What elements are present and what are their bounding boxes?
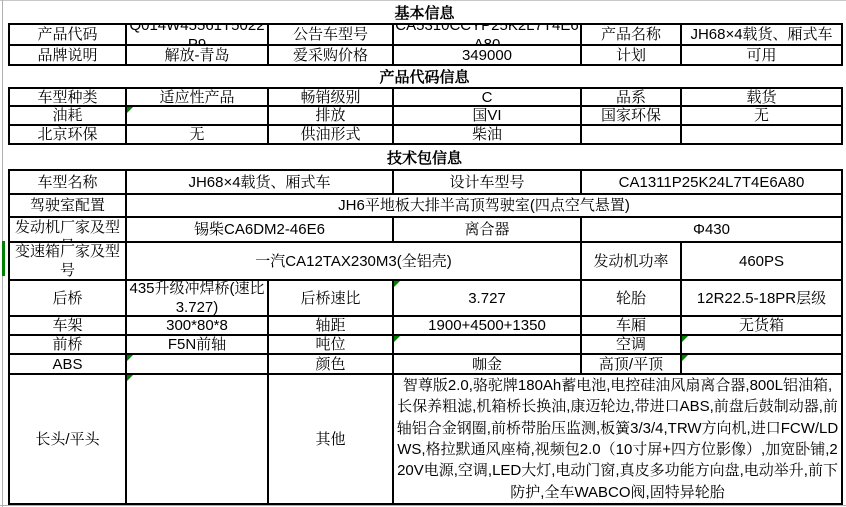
cell-text: 轮胎 xyxy=(582,281,680,315)
cell-text: 车架 xyxy=(10,317,125,334)
cell-text: JH68×4载货、厢式车 xyxy=(682,25,841,44)
cell-text: 车型种类 xyxy=(10,89,125,105)
label-cell[interactable]: 发动机功率 xyxy=(581,242,681,280)
cell-text: 无 xyxy=(682,107,841,124)
label-cell[interactable]: 其他 xyxy=(268,374,393,504)
cell-text: 300*80*8 xyxy=(127,317,267,334)
value-cell[interactable]: 435升级冲焊桥(速比3.727) xyxy=(126,280,268,316)
label-cell[interactable]: 后桥 xyxy=(9,280,126,316)
cell-text: 无 xyxy=(127,126,267,143)
cell-text: 供油形式 xyxy=(269,126,392,143)
cell-text: 后桥速比 xyxy=(269,281,392,315)
error-indicator-icon xyxy=(127,355,133,361)
label-cell[interactable]: 吨位 xyxy=(268,335,393,354)
cell-text: 产品代码 xyxy=(10,25,125,44)
cell-text: 后桥 xyxy=(10,281,125,315)
table-row: 长头/平头其他智尊版2.0,骆驼牌180Ah蓄电池,电控硅油风扇离合器,800L… xyxy=(9,374,842,504)
error-indicator-icon xyxy=(394,336,400,342)
value-cell[interactable]: JH68×4载货、厢式车 xyxy=(681,24,842,45)
value-cell[interactable]: 载货 xyxy=(681,88,842,106)
cell-text: 载货 xyxy=(682,89,841,105)
value-cell[interactable]: 适应性产品 xyxy=(126,88,268,106)
cell-text xyxy=(127,107,267,124)
cell-text: 品系 xyxy=(582,89,680,105)
cell-text: 1900+4500+1350 xyxy=(394,317,580,334)
section-table: 车型种类适应性产品畅销级别C品系载货油耗排放国VI国家环保无北京环保无供油形式柴… xyxy=(8,87,843,145)
table-row: 产品代码Q014W45561T5022P9公告车型号CA5310CCYP25K2… xyxy=(9,24,842,45)
cell-text: 460PS xyxy=(682,243,841,279)
value-cell[interactable]: F5N前轴 xyxy=(126,335,268,354)
cell-text: F5N前轴 xyxy=(127,336,267,353)
cell-text: 智尊版2.0,骆驼牌180Ah蓄电池,电控硅油风扇离合器,800L铝油箱,长保养… xyxy=(394,375,841,503)
value-cell[interactable]: JH68×4载货、厢式车 xyxy=(126,170,393,194)
label-cell[interactable]: 车架 xyxy=(9,316,126,335)
cell-text: 计划 xyxy=(582,46,680,64)
label-cell[interactable]: 长头/平头 xyxy=(9,374,126,504)
cell-text: 发动机功率 xyxy=(582,243,680,279)
error-indicator-icon xyxy=(127,107,133,113)
label-cell[interactable]: 发动机厂家及型号 xyxy=(9,217,126,242)
error-indicator-icon xyxy=(682,336,688,342)
cell-text: 车型名称 xyxy=(10,171,125,193)
label-cell[interactable]: 车厢 xyxy=(581,316,681,335)
value-cell[interactable]: 12R22.5-18PR层级 xyxy=(681,280,842,316)
cell-text xyxy=(682,355,841,373)
cell-text: 车厢 xyxy=(582,317,680,334)
label-cell[interactable]: 畅销级别 xyxy=(268,88,393,106)
label-cell[interactable]: 驾驶室配置 xyxy=(9,194,126,217)
cell-text: 品牌说明 xyxy=(10,46,125,64)
cell-text: 国家环保 xyxy=(582,107,680,124)
value-cell[interactable] xyxy=(681,335,842,354)
cell-text: 颜色 xyxy=(269,355,392,373)
value-cell[interactable]: 柴油 xyxy=(393,125,581,144)
value-cell[interactable]: 无 xyxy=(126,125,268,144)
section-table: 车型名称JH68×4载货、厢式车设计车型号CA1311P25K24L7T4E6A… xyxy=(8,169,843,505)
section-title[interactable]: 技术包信息 xyxy=(8,145,841,169)
table-row: 油耗排放国VI国家环保无 xyxy=(9,106,842,125)
table-row: 变速箱厂家及型号一汽CA12TAX230M3(全铝壳)发动机功率460PS xyxy=(9,242,842,280)
label-cell[interactable]: 变速箱厂家及型号 xyxy=(9,242,126,280)
cell-text: 解放-青岛 xyxy=(127,46,267,64)
value-cell[interactable]: 国VI xyxy=(393,106,581,125)
cell-text: 一汽CA12TAX230M3(全铝壳) xyxy=(127,243,580,279)
value-cell[interactable]: 无货箱 xyxy=(681,316,842,335)
value-cell[interactable]: C xyxy=(393,88,581,106)
label-cell[interactable]: 后桥速比 xyxy=(268,280,393,316)
label-cell[interactable]: 品牌说明 xyxy=(9,45,126,65)
label-cell[interactable]: 北京环保 xyxy=(9,125,126,144)
value-cell[interactable] xyxy=(681,354,842,374)
cell-text: 畅销级别 xyxy=(269,89,392,105)
section-table: 产品代码Q014W45561T5022P9公告车型号CA5310CCYP25K2… xyxy=(8,23,843,66)
cell-text xyxy=(127,355,267,373)
cell-text: 3.727 xyxy=(394,281,580,315)
cell-text: 349000 xyxy=(394,46,580,64)
table-row: 驾驶室配置JH6平地板大排半高顶驾驶室(四点空气悬置) xyxy=(9,194,842,217)
cell-text: 公告车型号 xyxy=(269,25,392,44)
cell-text: 产品名称 xyxy=(582,25,680,44)
cell-text: 发动机厂家及型号 xyxy=(10,218,125,241)
value-cell[interactable]: CA1311P25K24L7T4E6A80 xyxy=(581,170,842,194)
label-cell[interactable]: 离合器 xyxy=(393,217,581,242)
value-cell[interactable]: 可用 xyxy=(681,45,842,65)
value-cell[interactable]: 一汽CA12TAX230M3(全铝壳) xyxy=(126,242,581,280)
table-row: 车型名称JH68×4载货、厢式车设计车型号CA1311P25K24L7T4E6A… xyxy=(9,170,842,194)
section-title[interactable]: 产品代码信息 xyxy=(8,66,841,87)
value-cell[interactable]: 锡柴CA6DM2-46E6 xyxy=(126,217,393,242)
table-row: 车型种类适应性产品畅销级别C品系载货 xyxy=(9,88,842,106)
value-cell[interactable] xyxy=(393,335,581,354)
cell-text xyxy=(682,336,841,353)
label-cell[interactable]: 颜色 xyxy=(268,354,393,374)
label-cell[interactable]: 计划 xyxy=(581,45,681,65)
cell-text: Q014W45561T5022P9 xyxy=(127,25,267,44)
cell-text: 变速箱厂家及型号 xyxy=(10,243,125,279)
error-indicator-icon xyxy=(682,355,688,361)
cell-text: 咖金 xyxy=(394,355,580,373)
row-indicator xyxy=(2,241,5,276)
cell-text: 其他 xyxy=(269,375,392,503)
cell-text: 柴油 xyxy=(394,126,580,143)
cell-text: 12R22.5-18PR层级 xyxy=(682,281,841,315)
error-indicator-icon xyxy=(394,281,400,287)
label-cell[interactable]: 轴距 xyxy=(268,316,393,335)
label-cell[interactable]: 排放 xyxy=(268,106,393,125)
cell-text xyxy=(394,336,580,353)
cell-text: 北京环保 xyxy=(10,126,125,143)
error-indicator-icon xyxy=(127,375,133,381)
value-cell[interactable]: 无 xyxy=(681,106,842,125)
label-cell[interactable] xyxy=(581,125,681,144)
label-cell[interactable]: 产品名称 xyxy=(581,24,681,45)
value-cell[interactable]: 咖金 xyxy=(393,354,581,374)
cell-text: JH68×4载货、厢式车 xyxy=(127,171,392,193)
cell-text: 国VI xyxy=(394,107,580,124)
cell-text: 轴距 xyxy=(269,317,392,334)
value-cell[interactable]: Q014W45561T5022P9 xyxy=(126,24,268,45)
value-cell[interactable] xyxy=(126,374,268,504)
cell-text: 高顶/平顶 xyxy=(582,355,680,373)
table-row: 发动机厂家及型号锡柴CA6DM2-46E6离合器Φ430 xyxy=(9,217,842,242)
value-cell[interactable]: 349000 xyxy=(393,45,581,65)
cell-text: 吨位 xyxy=(269,336,392,353)
label-cell[interactable]: 车型名称 xyxy=(9,170,126,194)
cell-text: 爱采购价格 xyxy=(269,46,392,64)
table-row: ABS颜色咖金高顶/平顶 xyxy=(9,354,842,374)
value-cell[interactable] xyxy=(126,354,268,374)
label-cell[interactable]: 产品代码 xyxy=(9,24,126,45)
cell-text: 长头/平头 xyxy=(10,375,125,503)
cell-text: JH6平地板大排半高顶驾驶室(四点空气悬置) xyxy=(127,195,841,216)
cell-text: 设计车型号 xyxy=(394,171,580,193)
cell-text: 可用 xyxy=(682,46,841,64)
value-cell[interactable]: CA5310CCYP25K2L7T4E6A80 xyxy=(393,24,581,45)
cell-text: Φ430 xyxy=(582,218,841,241)
value-cell[interactable]: 解放-青岛 xyxy=(126,45,268,65)
label-cell[interactable]: 轮胎 xyxy=(581,280,681,316)
vehicle-spec-sheet: 基本信息产品代码Q014W45561T5022P9公告车型号CA5310CCYP… xyxy=(0,0,846,507)
table-row: 后桥435升级冲焊桥(速比3.727)后桥速比3.727轮胎12R22.5-18… xyxy=(9,280,842,316)
cell-text: 适应性产品 xyxy=(127,89,267,105)
cell-text xyxy=(127,375,267,503)
value-cell[interactable] xyxy=(681,125,842,144)
sheet-gridline-bottom xyxy=(0,505,846,506)
label-cell[interactable]: 油耗 xyxy=(9,106,126,125)
value-cell[interactable] xyxy=(126,106,268,125)
label-cell[interactable]: 空调 xyxy=(581,335,681,354)
section-title[interactable]: 基本信息 xyxy=(8,1,841,23)
cell-text: 驾驶室配置 xyxy=(10,195,125,216)
value-cell[interactable]: 460PS xyxy=(681,242,842,280)
value-cell[interactable]: JH6平地板大排半高顶驾驶室(四点空气悬置) xyxy=(126,194,842,217)
table-row: 前桥F5N前轴吨位空调 xyxy=(9,335,842,354)
table-row: 品牌说明解放-青岛爱采购价格349000计划可用 xyxy=(9,45,842,65)
cell-text: ABS xyxy=(10,355,125,373)
label-cell[interactable]: 高顶/平顶 xyxy=(581,354,681,374)
label-cell[interactable]: 爱采购价格 xyxy=(268,45,393,65)
label-cell[interactable]: 供油形式 xyxy=(268,125,393,144)
cell-text xyxy=(582,126,680,143)
cell-text: 无货箱 xyxy=(682,317,841,334)
label-cell[interactable]: 国家环保 xyxy=(581,106,681,125)
value-cell[interactable]: 智尊版2.0,骆驼牌180Ah蓄电池,电控硅油风扇离合器,800L铝油箱,长保养… xyxy=(393,374,842,504)
label-cell[interactable]: ABS xyxy=(9,354,126,374)
label-cell[interactable]: 品系 xyxy=(581,88,681,106)
cell-text: C xyxy=(394,89,580,105)
cell-text: CA1311P25K24L7T4E6A80 xyxy=(582,171,841,193)
label-cell[interactable]: 公告车型号 xyxy=(268,24,393,45)
value-cell[interactable]: Φ430 xyxy=(581,217,842,242)
cell-text: 离合器 xyxy=(394,218,580,241)
value-cell[interactable]: 1900+4500+1350 xyxy=(393,316,581,335)
cell-text: 前桥 xyxy=(10,336,125,353)
cell-text: 油耗 xyxy=(10,107,125,124)
label-cell[interactable]: 车型种类 xyxy=(9,88,126,106)
spec-table-area: 基本信息产品代码Q014W45561T5022P9公告车型号CA5310CCYP… xyxy=(8,1,841,505)
table-row: 北京环保无供油形式柴油 xyxy=(9,125,842,144)
cell-text: 435升级冲焊桥(速比3.727) xyxy=(127,281,267,315)
value-cell[interactable]: 300*80*8 xyxy=(126,316,268,335)
cell-text: CA5310CCYP25K2L7T4E6A80 xyxy=(394,25,580,44)
value-cell[interactable]: 3.727 xyxy=(393,280,581,316)
cell-text: 空调 xyxy=(582,336,680,353)
cell-text: 排放 xyxy=(269,107,392,124)
cell-text xyxy=(682,126,841,143)
cell-text: 锡柴CA6DM2-46E6 xyxy=(127,218,392,241)
table-row: 车架300*80*8轴距1900+4500+1350车厢无货箱 xyxy=(9,316,842,335)
label-cell[interactable]: 前桥 xyxy=(9,335,126,354)
label-cell[interactable]: 设计车型号 xyxy=(393,170,581,194)
